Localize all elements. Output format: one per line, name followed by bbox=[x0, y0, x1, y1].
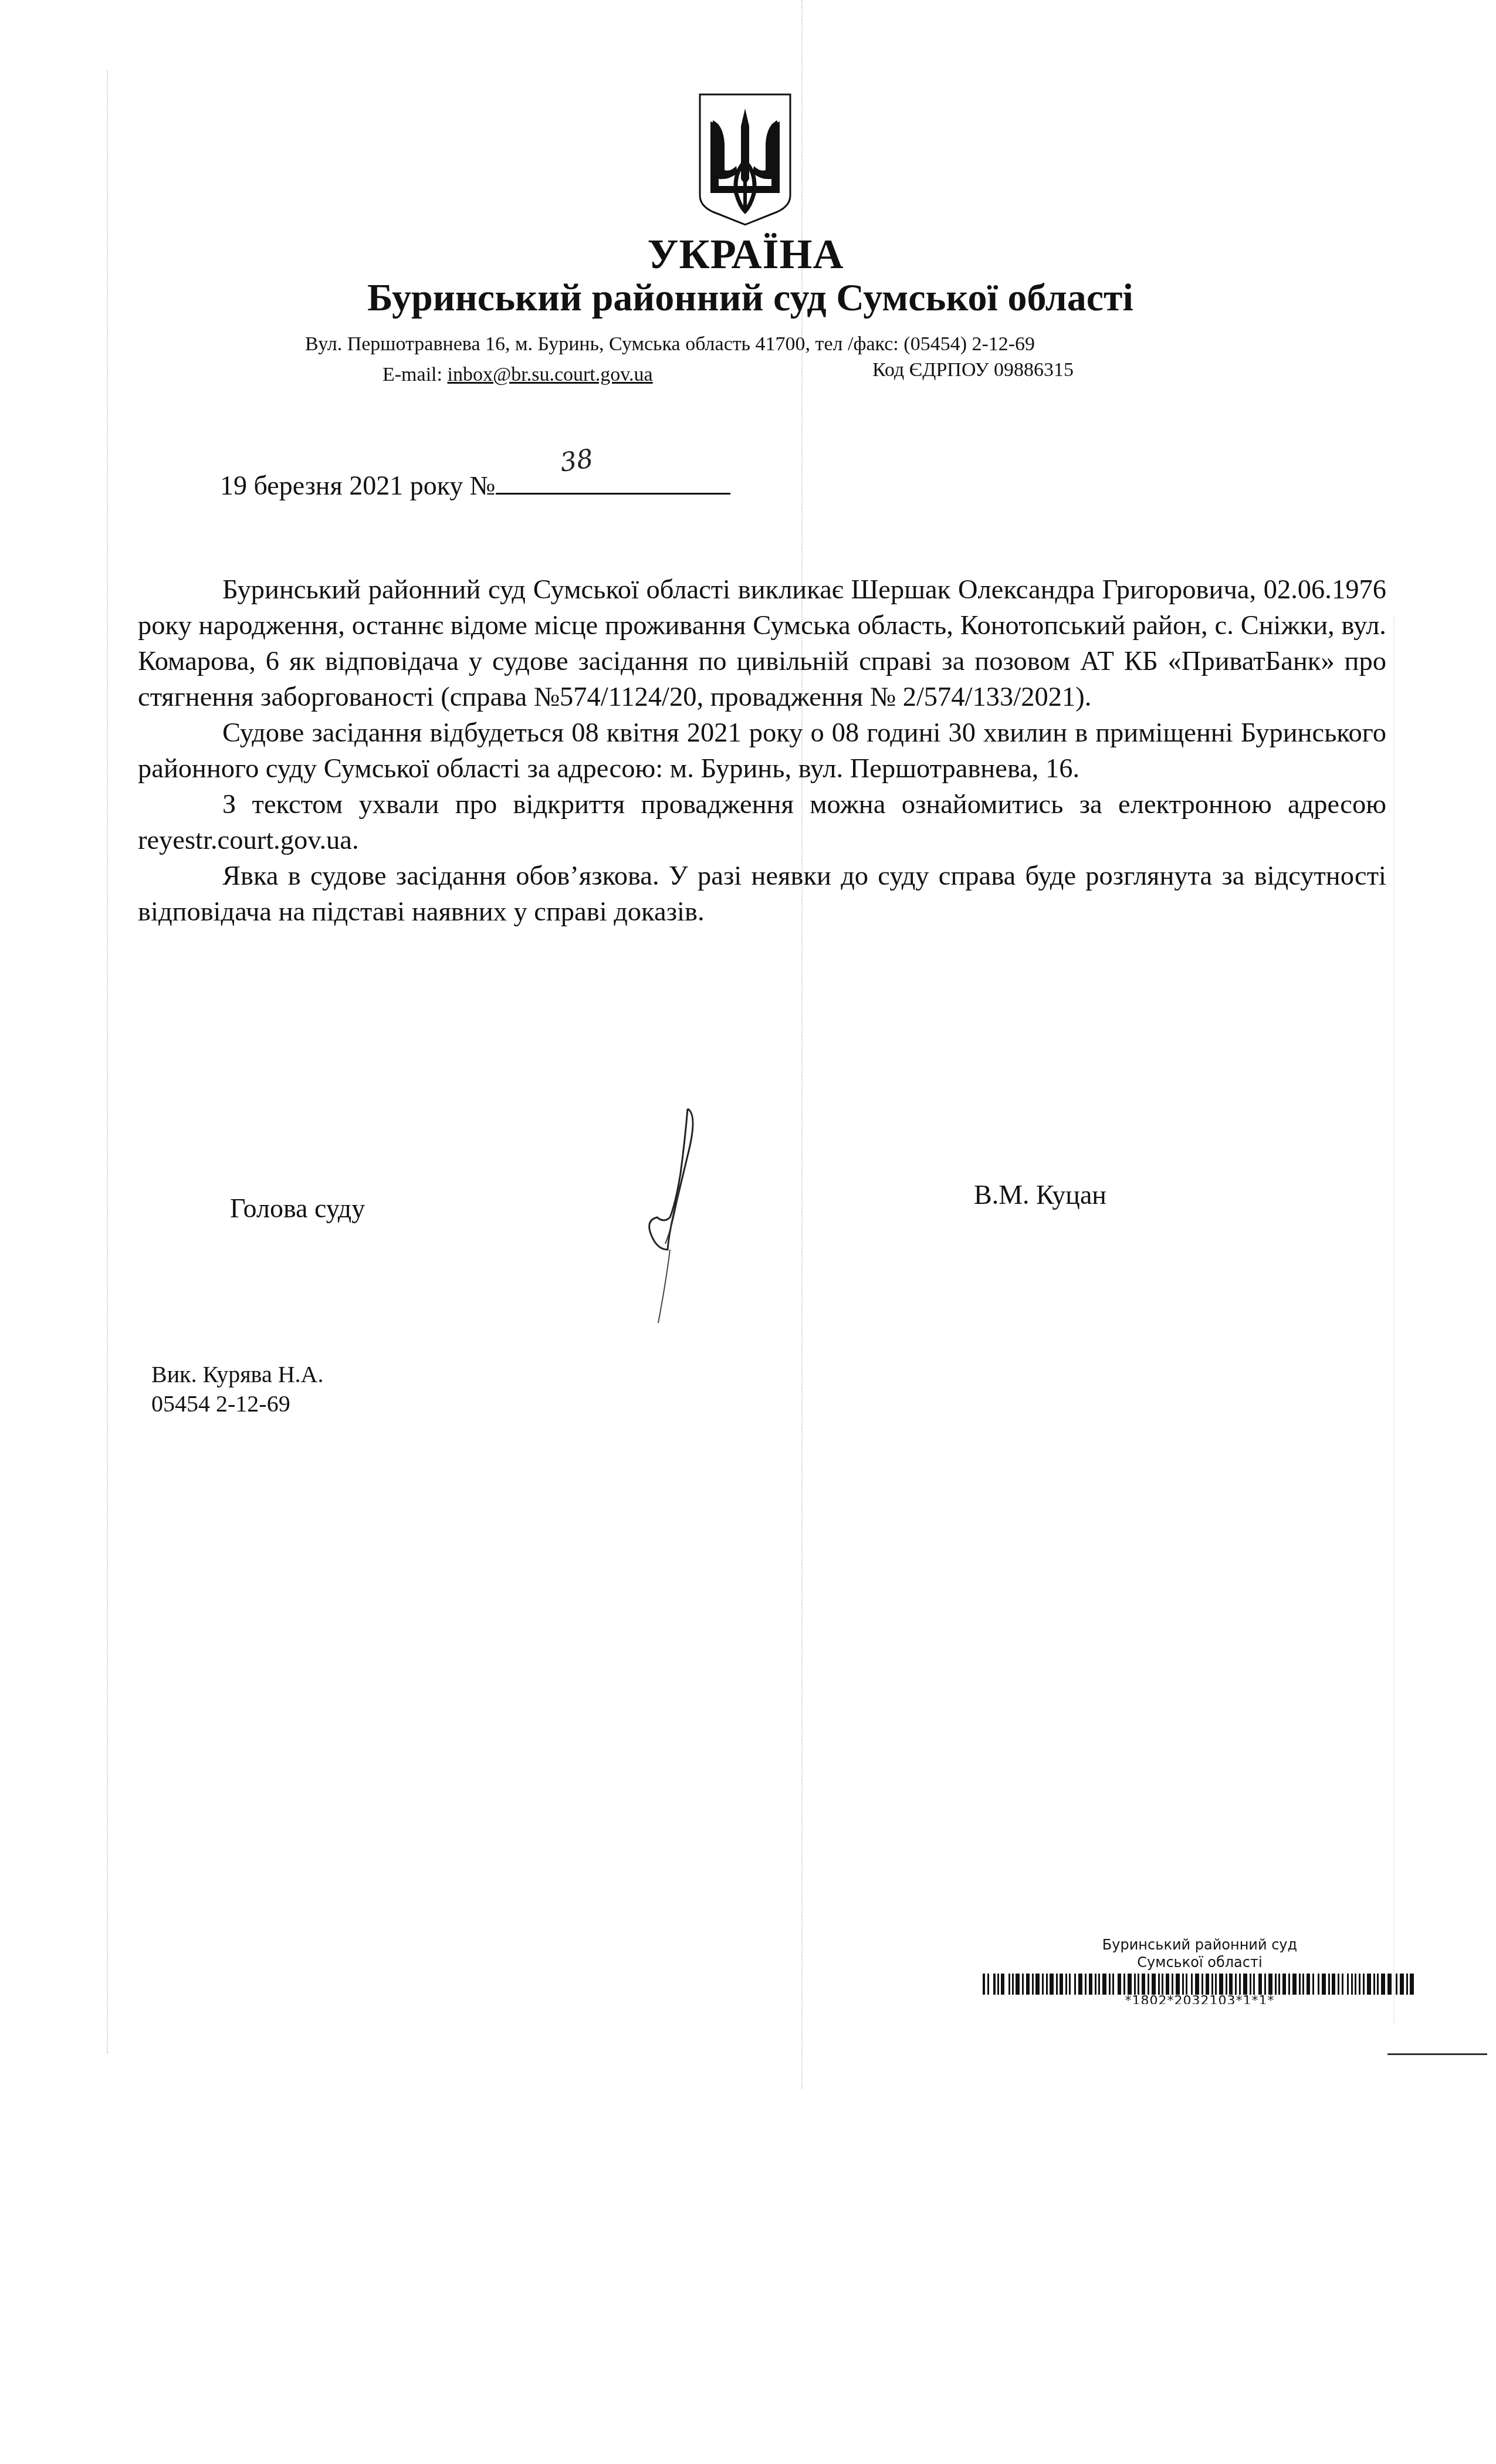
scan-guide-line bbox=[107, 70, 108, 2053]
registry-barcode-stamp: Буринський районний суд Сумської області bbox=[980, 1936, 1420, 2004]
scan-guide-line bbox=[1393, 616, 1395, 2024]
letter-body: Буринський районний суд Сумської області… bbox=[138, 572, 1386, 930]
body-paragraph-summons: Буринський районний суд Сумської області… bbox=[138, 572, 1386, 715]
email-label: E-mail: bbox=[383, 364, 442, 385]
stamp-court-line-1: Буринський районний суд bbox=[980, 1936, 1420, 1954]
executor-phone: 05454 2-12-69 bbox=[151, 1389, 323, 1419]
outgoing-number-field: 38 bbox=[496, 469, 730, 495]
court-email-link[interactable]: inbox@br.su.court.gov.ua bbox=[447, 364, 652, 385]
court-email-line: E-mail: inbox@br.su.court.gov.ua bbox=[383, 364, 653, 386]
court-address: Вул. Першотравнева 16, м. Буринь, Сумськ… bbox=[305, 333, 1035, 356]
body-paragraph-attendance: Явка в судове засідання обов’язкова. У р… bbox=[138, 858, 1386, 930]
body-paragraph-hearing-time: Судове засідання відбудеться 08 квітня 2… bbox=[138, 715, 1386, 787]
country-heading: УКРАЇНА bbox=[0, 230, 1496, 279]
stamp-court-line-2: Сумської області bbox=[980, 1954, 1420, 1971]
handwritten-signature-icon bbox=[622, 1103, 727, 1326]
letter-date: 19 березня 2021 року № bbox=[220, 471, 496, 500]
trident-coat-of-arms-icon bbox=[695, 91, 795, 226]
barcode-icon bbox=[983, 1974, 1417, 1995]
document-page: УКРАЇНА Буринський районний суд Сумської… bbox=[0, 0, 1496, 2464]
scan-edge-mark bbox=[1387, 2053, 1487, 2055]
court-name-heading: Буринський районний суд Сумської області bbox=[5, 276, 1496, 320]
executor-info: Вик. Курява Н.А. 05454 2-12-69 bbox=[151, 1360, 323, 1419]
signatory-title: Голова суду bbox=[230, 1193, 365, 1224]
edrpou-code: Код ЄДРПОУ 09886315 bbox=[872, 359, 1074, 381]
executor-name: Вик. Курява Н.А. bbox=[151, 1360, 323, 1389]
date-number-line: 19 березня 2021 року №38 bbox=[220, 469, 730, 501]
handwritten-outgoing-number: 38 bbox=[558, 444, 595, 478]
body-paragraph-registry-link: З текстом ухвали про відкриття проваджен… bbox=[138, 787, 1386, 858]
signatory-name: В.М. Куцан bbox=[974, 1179, 1106, 1210]
barcode-number: *1802*2032103*1*1* bbox=[980, 1995, 1420, 2004]
